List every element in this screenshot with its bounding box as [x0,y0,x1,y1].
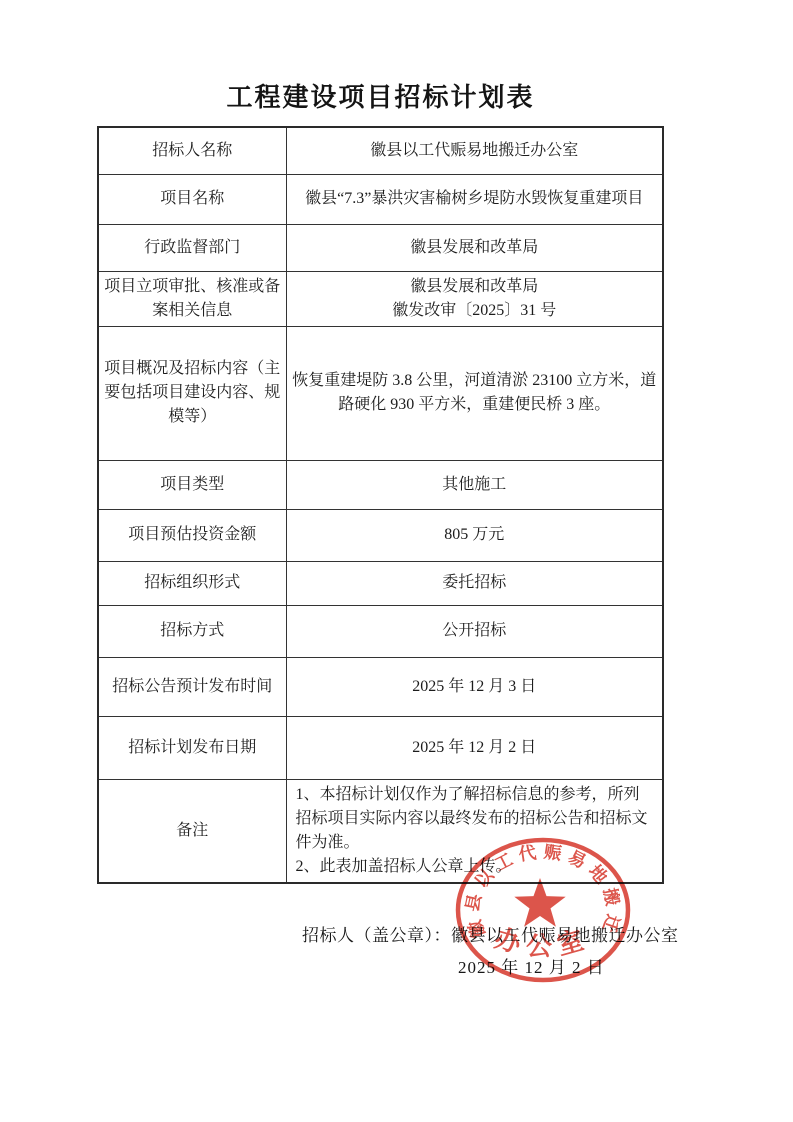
table-row: 项目类型 其他施工 [98,460,663,509]
row-label: 招标方式 [98,605,286,657]
row-value: 2025 年 12 月 2 日 [286,716,663,779]
row-label: 项目名称 [98,174,286,224]
row-label: 项目类型 [98,460,286,509]
row-value: 其他施工 [286,460,663,509]
row-value: 徽县发展和改革局 [286,224,663,271]
table-row: 备注 1、本招标计划仅作为了解招标信息的参考，所列招标项目实际内容以最终发布的招… [98,779,663,883]
scanned-document-page: 工程建设项目招标计划表 招标人名称 徽县以工代赈易地搬迁办公室 项目名称 徽县“… [0,0,793,1122]
table-row: 招标计划发布日期 2025 年 12 月 2 日 [98,716,663,779]
table-row: 招标公告预计发布时间 2025 年 12 月 3 日 [98,657,663,716]
row-value: 恢复重建堤防 3.8 公里，河道清淤 23100 立方米，道路硬化 930 平方… [286,326,663,460]
row-label: 招标公告预计发布时间 [98,657,286,716]
table-row: 招标人名称 徽县以工代赈易地搬迁办公室 [98,127,663,174]
row-label: 项目预估投资金额 [98,509,286,561]
signer-line: 招标人（盖公章）：徽县以工代赈易地搬迁办公室 [302,924,679,948]
document-title: 工程建设项目招标计划表 [97,82,664,113]
table-row: 招标方式 公开招标 [98,605,663,657]
row-label: 行政监督部门 [98,224,286,271]
row-value: 2025 年 12 月 3 日 [286,657,663,716]
row-label: 招标人名称 [98,127,286,174]
row-value: 1、本招标计划仅作为了解招标信息的参考，所列招标项目实际内容以最终发布的招标公告… [286,779,663,883]
row-label: 备注 [98,779,286,883]
table-row: 项目预估投资金额 805 万元 [98,509,663,561]
seal-star-icon [514,878,565,927]
table-body: 招标人名称 徽县以工代赈易地搬迁办公室 项目名称 徽县“7.3”暴洪灾害榆树乡堤… [98,127,663,883]
table-row: 招标组织形式 委托招标 [98,561,663,605]
signature-date: 2025 年 12 月 2 日 [458,956,605,980]
row-value: 徽县“7.3”暴洪灾害榆树乡堤防水毁恢复重建项目 [286,174,663,224]
table-row: 行政监督部门 徽县发展和改革局 [98,224,663,271]
row-label: 招标组织形式 [98,561,286,605]
row-value: 徽县以工代赈易地搬迁办公室 [286,127,663,174]
row-label: 项目概况及招标内容（主要包括项目建设内容、规模等） [98,326,286,460]
row-value: 805 万元 [286,509,663,561]
row-value: 徽县发展和改革局徽发改审〔2025〕31 号 [286,271,663,326]
row-value: 委托招标 [286,561,663,605]
row-label: 招标计划发布日期 [98,716,286,779]
row-label: 项目立项审批、核准或备案相关信息 [98,271,286,326]
table-row: 项目概况及招标内容（主要包括项目建设内容、规模等） 恢复重建堤防 3.8 公里，… [98,326,663,460]
bidding-plan-table: 招标人名称 徽县以工代赈易地搬迁办公室 项目名称 徽县“7.3”暴洪灾害榆树乡堤… [97,126,664,884]
table-row: 项目名称 徽县“7.3”暴洪灾害榆树乡堤防水毁恢复重建项目 [98,174,663,224]
table-row: 项目立项审批、核准或备案相关信息 徽县发展和改革局徽发改审〔2025〕31 号 [98,271,663,326]
row-value: 公开招标 [286,605,663,657]
